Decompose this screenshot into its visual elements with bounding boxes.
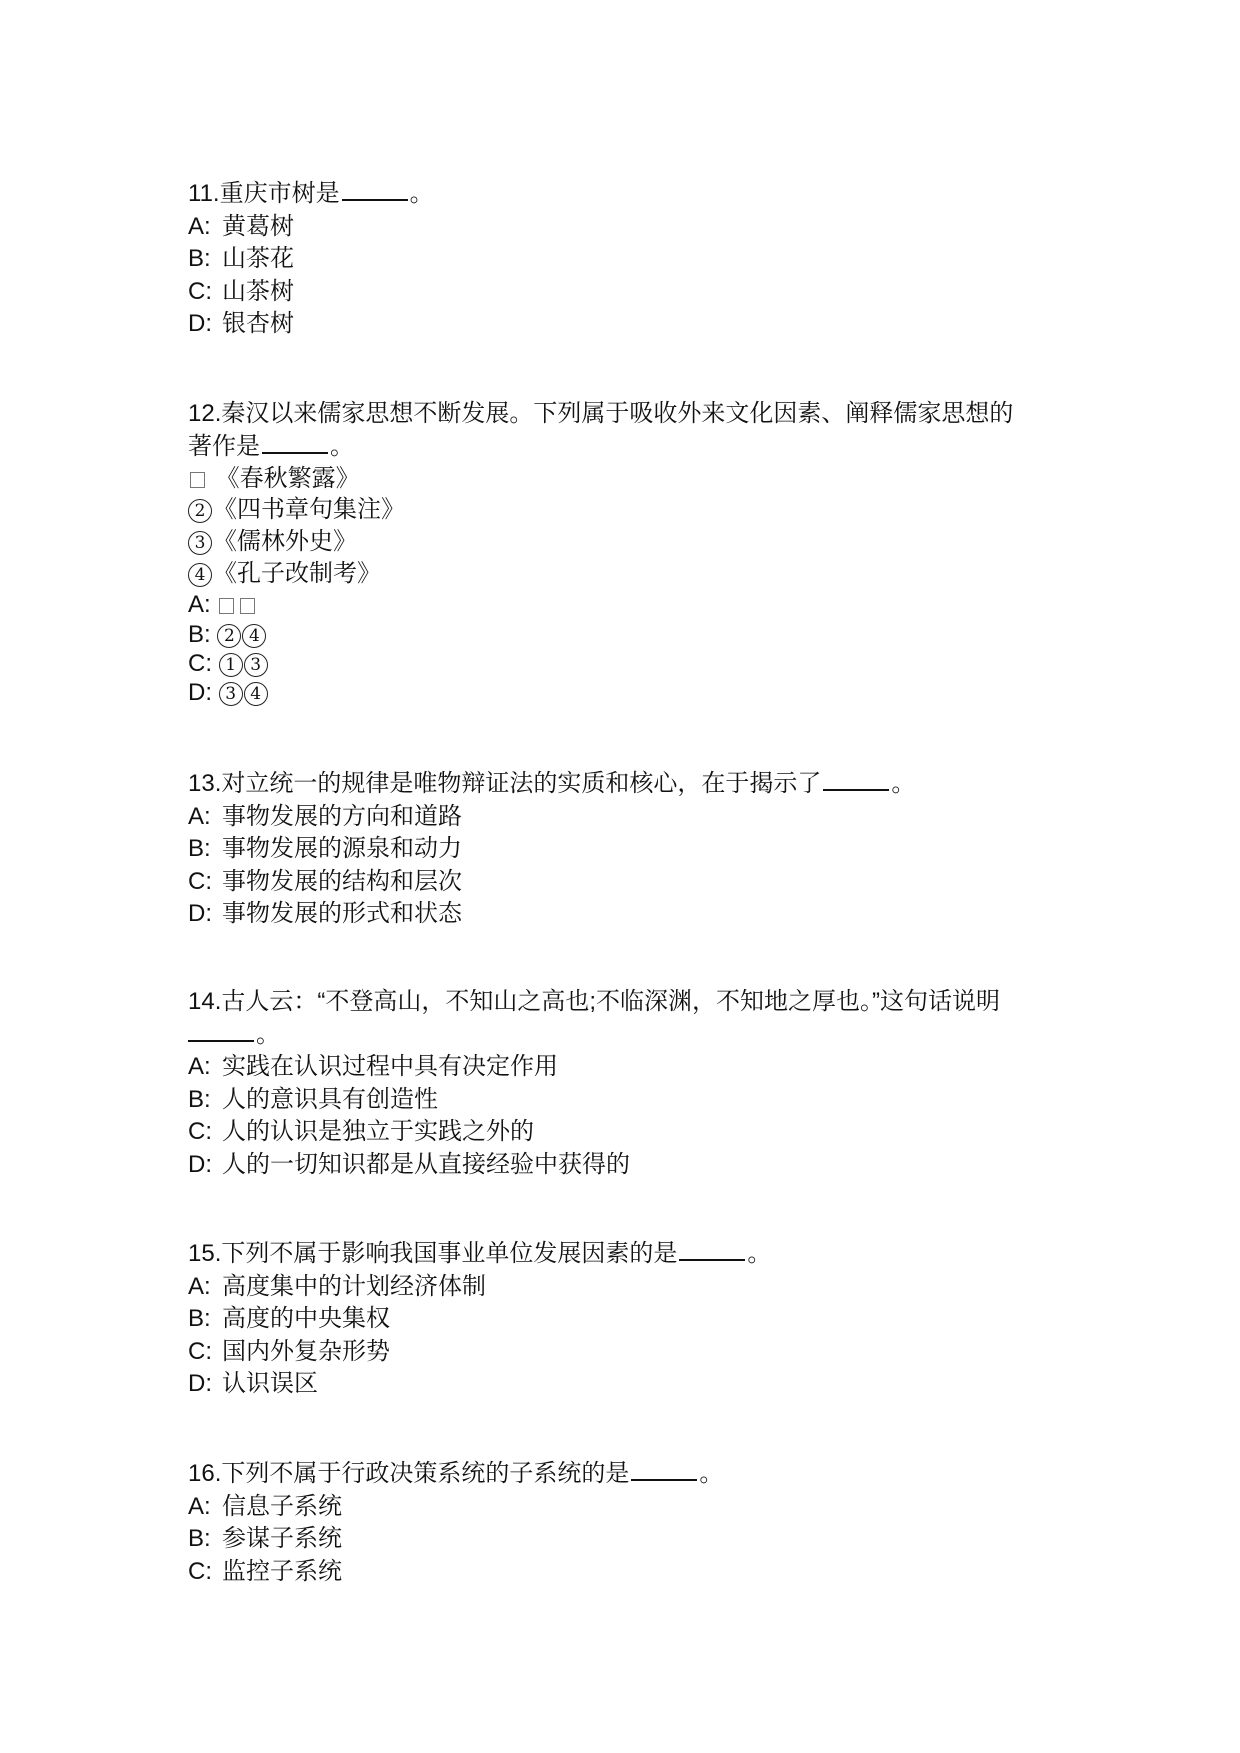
question-stem-continued: 。 <box>188 1019 1068 1052</box>
question-number: 15. <box>188 1240 221 1267</box>
question-stem: 12.秦汉以来儒家思想不断发展。下列属于吸收外来文化因素、阐释儒家思想的 <box>188 398 1068 431</box>
circled-number-icon: 3 <box>244 653 268 677</box>
statement-1: 《春秋繁露》 <box>188 463 1068 494</box>
question-stem: 15.下列不属于影响我国事业单位发展因素的是。 <box>188 1238 1068 1271</box>
question-number: 13. <box>188 770 221 797</box>
answer-blank <box>631 1459 697 1481</box>
option-a: A:信息子系统 <box>188 1491 1068 1524</box>
option-d: D:认识误区 <box>188 1368 1068 1401</box>
option-c: C:山茶树 <box>188 276 1068 309</box>
question-13: 13.对立统一的规律是唯物辩证法的实质和核心，在于揭示了。 A:事物发展的方向和… <box>188 768 1068 931</box>
option-b: B:人的意识具有创造性 <box>188 1084 1068 1117</box>
statement-2: 2《四书章句集注》 <box>188 494 1068 526</box>
question-14: 14.古人云：“不登高山，不知山之高也;不临深渊，不知地之厚也。”这句话说明 。… <box>188 986 1068 1181</box>
option-a: A: <box>188 590 1068 620</box>
circled-number-icon: 4 <box>242 624 266 648</box>
question-number: 14. <box>188 988 221 1015</box>
missing-glyph-icon <box>190 472 205 488</box>
answer-blank <box>823 769 889 791</box>
question-number: 16. <box>188 1460 221 1487</box>
option-d: D:事物发展的形式和状态 <box>188 898 1068 931</box>
answer-blank <box>342 179 408 201</box>
option-c: C:事物发展的结构和层次 <box>188 866 1068 899</box>
question-11: 11.重庆市树是。 A:黄葛树 B:山茶花 C:山茶树 D:银杏树 <box>188 178 1068 341</box>
question-stem: 14.古人云：“不登高山，不知山之高也;不临深渊，不知地之厚也。”这句话说明 <box>188 986 1068 1019</box>
question-12: 12.秦汉以来儒家思想不断发展。下列属于吸收外来文化因素、阐释儒家思想的 著作是… <box>188 398 1068 707</box>
option-a: A:事物发展的方向和道路 <box>188 801 1068 834</box>
circled-number-icon: 3 <box>188 531 212 555</box>
answer-blank <box>679 1239 745 1261</box>
question-number: 12. <box>188 400 221 427</box>
option-b: B:事物发展的源泉和动力 <box>188 833 1068 866</box>
circled-number-icon: 4 <box>188 563 212 587</box>
exam-page: 11.重庆市树是。 A:黄葛树 B:山茶花 C:山茶树 D:银杏树 12.秦汉以… <box>0 0 1240 1753</box>
option-d: D:人的一切知识都是从直接经验中获得的 <box>188 1149 1068 1182</box>
question-stem: 16.下列不属于行政决策系统的子系统的是。 <box>188 1458 1068 1491</box>
statement-4: 4《孔子改制考》 <box>188 558 1068 590</box>
answer-blank <box>188 1020 254 1042</box>
question-stem: 13.对立统一的规律是唯物辩证法的实质和核心，在于揭示了。 <box>188 768 1068 801</box>
option-c: C: 13 <box>188 649 1068 678</box>
option-a: A:实践在认识过程中具有决定作用 <box>188 1051 1068 1084</box>
option-d: D: 34 <box>188 678 1068 707</box>
missing-glyph-icon <box>219 598 234 614</box>
circled-number-icon: 1 <box>219 653 243 677</box>
option-a: A:高度集中的计划经济体制 <box>188 1271 1068 1304</box>
statement-3: 3《儒林外史》 <box>188 526 1068 558</box>
option-c: C:国内外复杂形势 <box>188 1336 1068 1369</box>
answer-blank <box>262 432 328 454</box>
option-c: C:人的认识是独立于实践之外的 <box>188 1116 1068 1149</box>
option-b: B:高度的中央集权 <box>188 1303 1068 1336</box>
question-stem: 11.重庆市树是。 <box>188 178 1068 211</box>
option-c: C:监控子系统 <box>188 1556 1068 1589</box>
option-b: B:参谋子系统 <box>188 1523 1068 1556</box>
question-16: 16.下列不属于行政决策系统的子系统的是。 A:信息子系统 B:参谋子系统 C:… <box>188 1458 1068 1588</box>
circled-number-icon: 3 <box>219 682 243 706</box>
missing-glyph-icon <box>240 598 255 614</box>
question-15: 15.下列不属于影响我国事业单位发展因素的是。 A:高度集中的计划经济体制 B:… <box>188 1238 1068 1401</box>
circled-number-icon: 2 <box>217 624 241 648</box>
circled-number-icon: 2 <box>188 499 212 523</box>
option-d: D:银杏树 <box>188 308 1068 341</box>
option-a: A:黄葛树 <box>188 211 1068 244</box>
option-b: B:山茶花 <box>188 243 1068 276</box>
option-b: B: 24 <box>188 620 1068 649</box>
question-stem-continued: 著作是。 <box>188 431 1068 464</box>
circled-number-icon: 4 <box>244 682 268 706</box>
question-number: 11. <box>188 180 220 207</box>
